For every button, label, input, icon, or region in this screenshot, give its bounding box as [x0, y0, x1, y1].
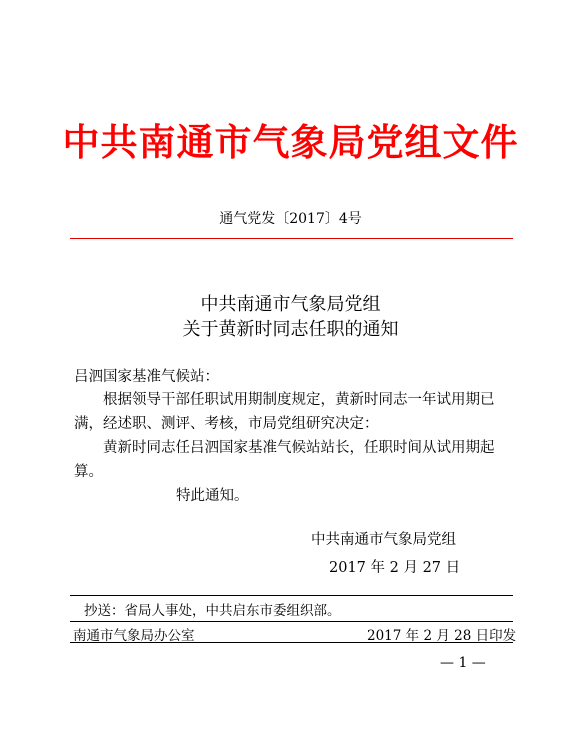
closing-text: 特此通知。 [176, 484, 249, 505]
addressee: 吕泗国家基准气候站： [74, 365, 514, 389]
footer-rule-bottom [70, 642, 513, 643]
body-paragraph-2: 黄新时同志任吕泗国家基准气候站站长，任职时间从试用期起算。 [74, 436, 514, 484]
document-header-title: 中共南通市气象局党组文件 [0, 112, 581, 166]
signature-date: 2017 年 2 月 27 日 [329, 556, 460, 577]
red-separator-line [70, 238, 513, 239]
issue-date: 2017 年 2 月 28 日印发 [367, 624, 516, 644]
subject-line-2: 关于黄新时同志任职的通知 [0, 315, 581, 341]
subject-line-1: 中共南通市气象局党组 [0, 290, 581, 316]
issuing-office: 南通市气象局办公室 [73, 624, 195, 644]
footer-rule-middle [70, 621, 513, 622]
body-paragraph-1: 根据领导干部任职试用期制度规定，黄新时同志一年试用期已满，经述职、测评、考核，市… [74, 388, 514, 436]
footer-rule-top [70, 595, 513, 596]
signature-organization: 中共南通市气象局党组 [311, 528, 456, 549]
page-number: — 1 — [440, 655, 486, 671]
cc-list: 抄送：省局人事处，中共启东市委组织部。 [84, 599, 341, 619]
document-number: 通气党发〔2017〕4号 [0, 208, 581, 228]
